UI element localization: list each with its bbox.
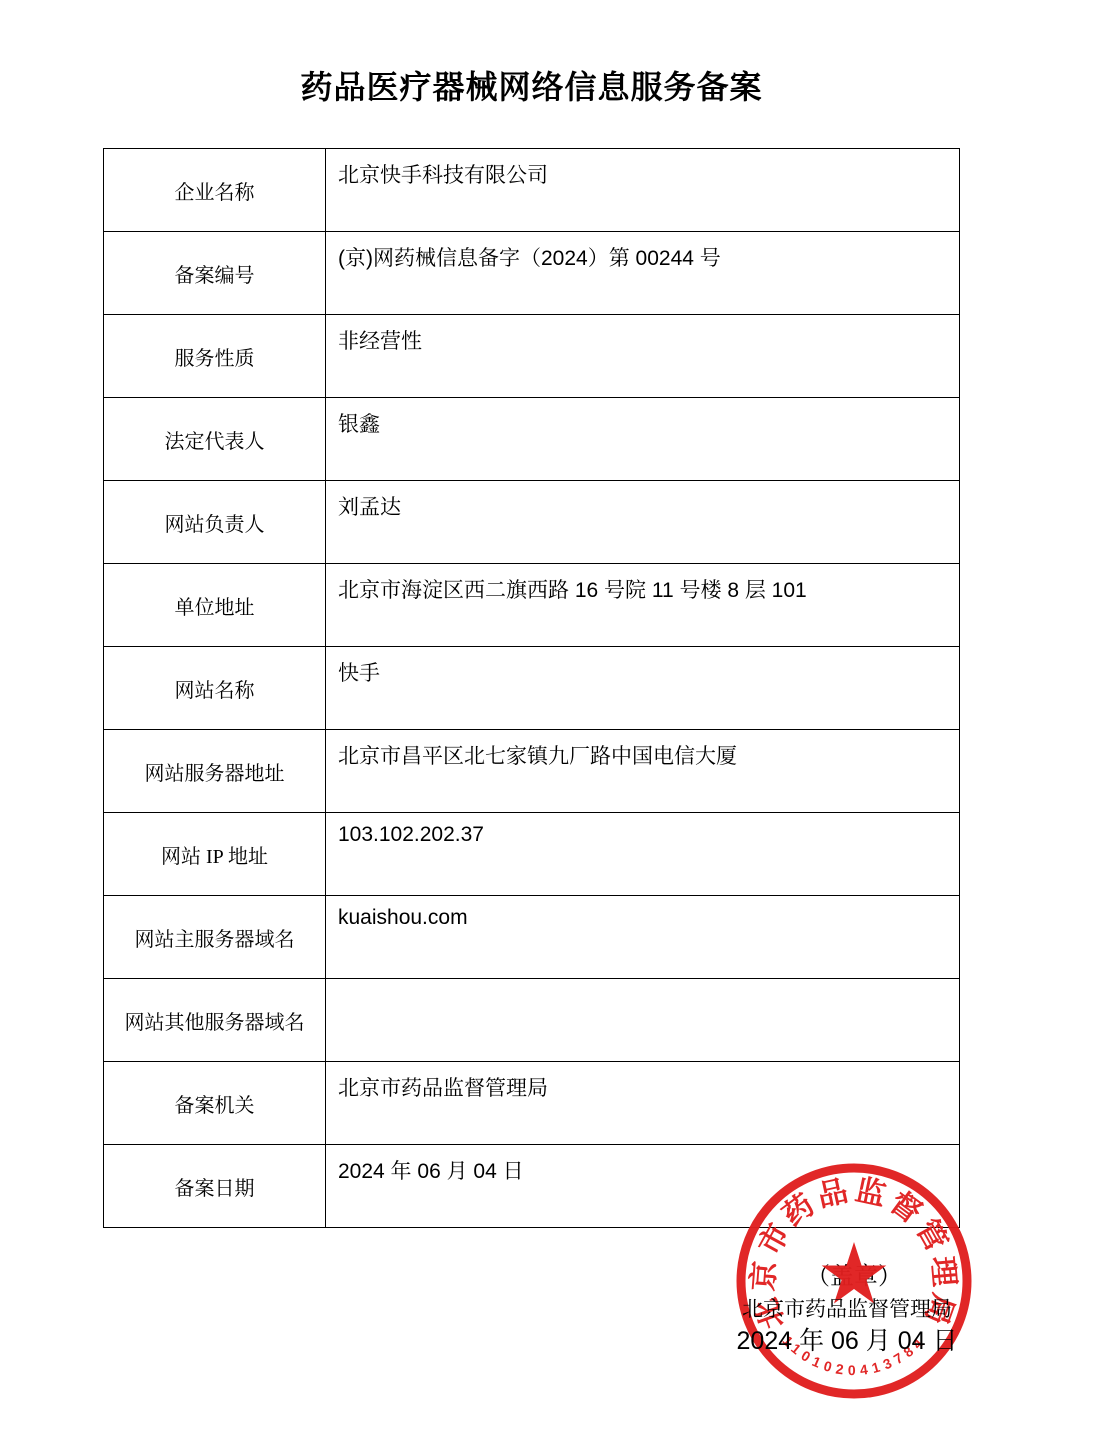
field-label: 企业名称 <box>104 149 326 232</box>
field-label: 网站 IP 地址 <box>104 813 326 896</box>
table-row: 网站服务器地址 北京市昌平区北七家镇九厂路中国电信大厦 <box>104 730 960 813</box>
document-page: 药品医疗器械网络信息服务备案 企业名称 北京快手科技有限公司 备案编号 (京)网… <box>0 0 1104 1442</box>
field-value: 银鑫 <box>326 398 960 481</box>
table-row: 单位地址 北京市海淀区西二旗西路 16 号院 11 号楼 8 层 101 <box>104 564 960 647</box>
table-row: 网站名称 快手 <box>104 647 960 730</box>
table-row: 备案编号 (京)网药械信息备字（2024）第 00244 号 <box>104 232 960 315</box>
field-label: 网站其他服务器域名 <box>104 979 326 1062</box>
field-label: 备案机关 <box>104 1062 326 1145</box>
table-row: 企业名称 北京快手科技有限公司 <box>104 149 960 232</box>
field-label: 网站服务器地址 <box>104 730 326 813</box>
page-title: 药品医疗器械网络信息服务备案 <box>103 68 960 106</box>
field-value: (京)网药械信息备字（2024）第 00244 号 <box>326 232 960 315</box>
field-label: 单位地址 <box>104 564 326 647</box>
field-value: kuaishou.com <box>326 896 960 979</box>
field-label: 网站主服务器域名 <box>104 896 326 979</box>
field-value: 北京市药品监督管理局 <box>326 1062 960 1145</box>
table-row: 网站负责人 刘孟达 <box>104 481 960 564</box>
field-value: 103.102.202.37 <box>326 813 960 896</box>
field-value: 快手 <box>326 647 960 730</box>
table-row: 法定代表人 银鑫 <box>104 398 960 481</box>
seal-date: 2024 年 06 月 04 日 <box>677 1324 1017 1358</box>
field-label: 服务性质 <box>104 315 326 398</box>
field-label: 备案日期 <box>104 1145 326 1228</box>
table-row: 服务性质 非经营性 <box>104 315 960 398</box>
seal-authority: 北京市药品监督管理局 <box>677 1294 1017 1324</box>
official-seal: 北京市药品监督管理局 1101020413784 <box>724 1151 984 1411</box>
filing-table: 企业名称 北京快手科技有限公司 备案编号 (京)网药械信息备字（2024）第 0… <box>103 148 960 1228</box>
seal-overlay-text: 北京市药品监督管理局 2024 年 06 月 04 日 <box>677 1294 1017 1358</box>
field-value: 北京快手科技有限公司 <box>326 149 960 232</box>
field-label: 备案编号 <box>104 232 326 315</box>
table-row: 备案机关 北京市药品监督管理局 <box>104 1062 960 1145</box>
table-row: 网站其他服务器域名 <box>104 979 960 1062</box>
field-label: 网站负责人 <box>104 481 326 564</box>
field-value: 北京市海淀区西二旗西路 16 号院 11 号楼 8 层 101 <box>326 564 960 647</box>
table-row: 网站主服务器域名 kuaishou.com <box>104 896 960 979</box>
field-label: 法定代表人 <box>104 398 326 481</box>
field-value <box>326 979 960 1062</box>
field-value: 北京市昌平区北七家镇九厂路中国电信大厦 <box>326 730 960 813</box>
table-row: 网站 IP 地址 103.102.202.37 <box>104 813 960 896</box>
field-label: 网站名称 <box>104 647 326 730</box>
field-value: 非经营性 <box>326 315 960 398</box>
field-value: 刘孟达 <box>326 481 960 564</box>
